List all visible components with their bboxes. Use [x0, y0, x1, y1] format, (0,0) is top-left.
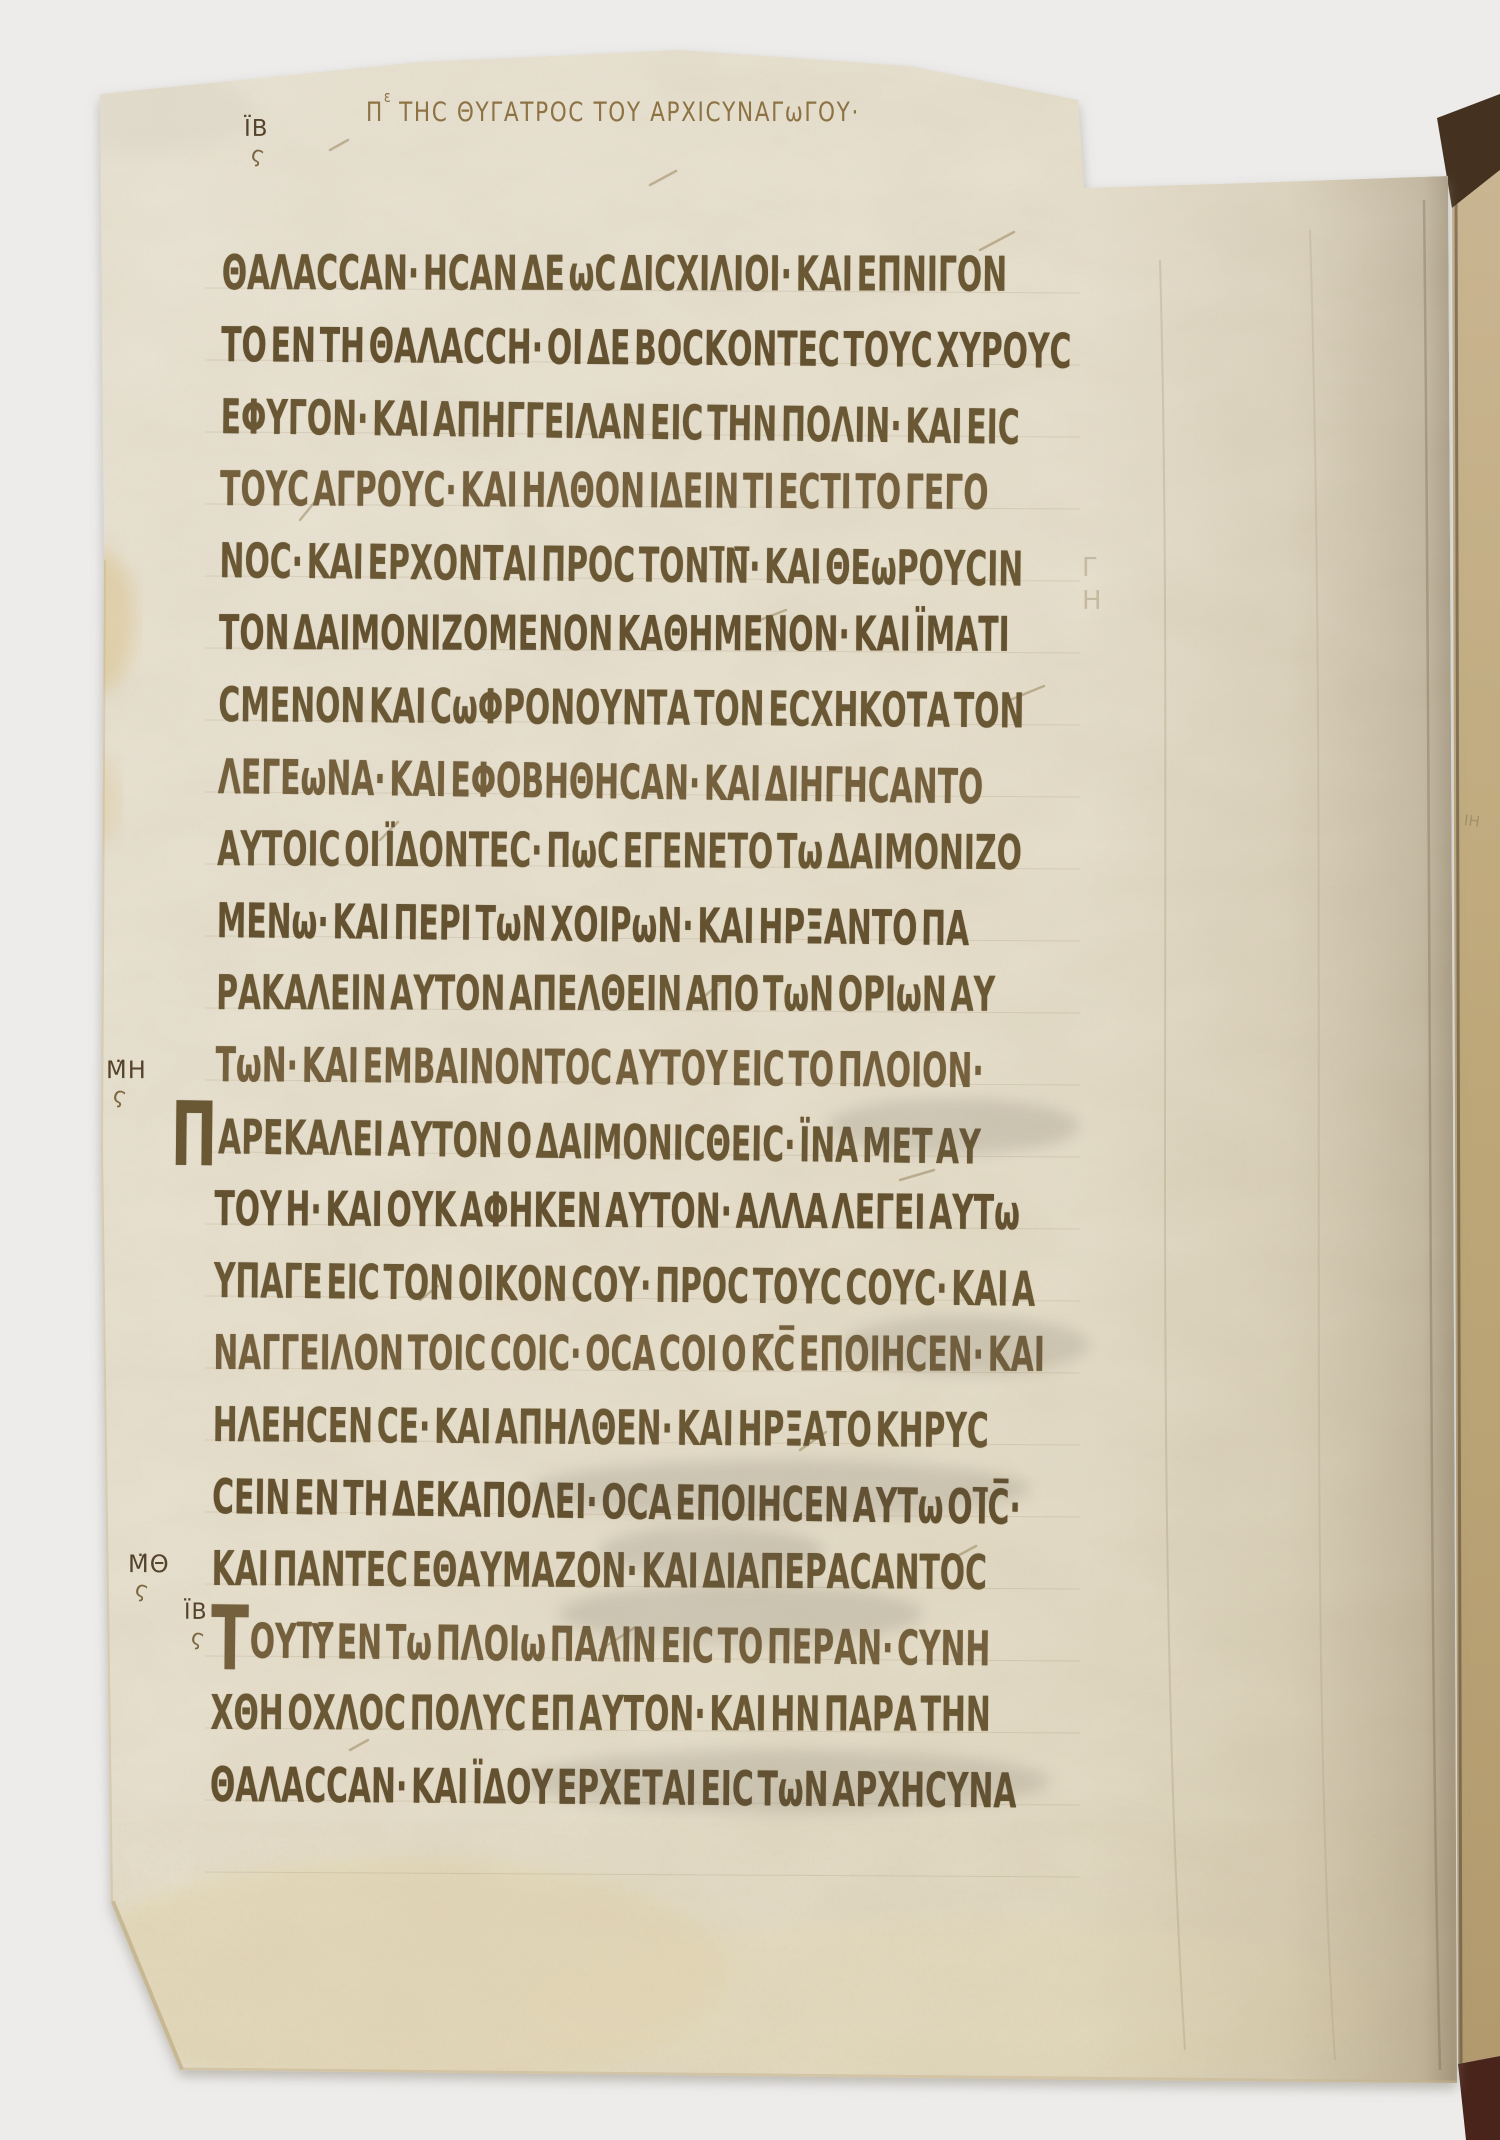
text-line: ΤΟ ΕΝ ΤΗ ΘΑΛΑCCΗ· ΟΙ ΔΕ ΒΟCΚΟΝΤΕC ΤΟΥC Χ… — [221, 317, 1072, 380]
text-line: ΝΟC· ΚΑΙ ΕΡΧΟΝΤΑΙ ΠΡΟC ΤΟΝ Ι̅Ν̅· ΚΑΙ ΘΕω… — [219, 533, 1023, 598]
text-line: ΚΑΙ ΠΑΝΤΕC ΕΘΑΥΜΑΖΟΝ· ΚΑΙ ΔΙΑΠΕΡΑCΑΝΤΟC — [211, 1541, 987, 1601]
text-line: ΥΠΑΓΕ ΕΙC ΤΟΝ ΟΙΚΟΝ CΟΥ· ΠΡΟC ΤΟΥC CΟΥC·… — [214, 1253, 1036, 1318]
text-line: ΗΛΕΗCΕΝ CΕ· ΚΑΙ ΑΠΗΛΘΕΝ· ΚΑΙ ΗΡΞΑΤΟ ΚΗΡΥ… — [213, 1397, 989, 1459]
text-line: ΛΕΓΕωΝΑ· ΚΑΙ ΕΦΟΒΗΘΗCΑΝ· ΚΑΙ ΔΙΗΓΗCΑΝΤΟ — [218, 749, 984, 815]
running-title: Πε ΤΗC ΘΥΓΑΤΡΟC ΤΟΥ ΑΡΧΙCΥΝΑΓωΓΟΥ· — [366, 96, 860, 128]
gutter-shadow — [1078, 100, 1457, 2083]
text-line: ΘΑΛΑCCΑΝ· ΚΑΙ ΪΔΟΥ ΕΡΧΕΤΑΙ ΕΙC ΤωΝ ΑΡΧΗC… — [210, 1757, 1017, 1819]
large-initial: Τ — [211, 1587, 249, 1690]
text-line: CΕΙΝ ΕΝ ΤΗ ΔΕΚΑΠΟΛΕΙ· ΟCΑ ΕΠΟΙΗCΕΝ ΑΥΤω … — [212, 1469, 1021, 1536]
text-line: ΝΑΓΓΕΙΛΟΝ ΤΟΙC CΟΙC· ΟCΑ CΟΙ Ο Κ̅C̅ ΕΠΟΙ… — [213, 1325, 1045, 1383]
faded-edge-mark: ΙΗ — [1463, 811, 1481, 832]
text-line: ΕΦΥΓΟΝ· ΚΑΙ ΑΠΗΓΓΕΙΛΑΝ ΕΙC ΤΗΝ ΠΟΛΙΝ· ΚΑ… — [220, 389, 1019, 456]
margin-note-chapter-12: ΪΒ ς — [184, 1602, 208, 1650]
text-line: ΤΟΥ Ι̅Υ̅ ΕΝ Τω ΠΛΟΙω ΠΑΛΙΝ ΕΙC ΤΟ ΠΕΡΑΝ·… — [211, 1613, 991, 1677]
quire-mark: ΪΒ ς — [244, 118, 269, 167]
faded-margin-mark: Γ Η — [1082, 552, 1102, 617]
text-line: ΤΟΝ ΔΑΙΜΟΝΙΖΟΜΕΝΟΝ ΚΑΘΗΜΕΝΟΝ· ΚΑΙ ΪΜΑΤΙ — [219, 605, 1010, 663]
text-line: ΤωΝ· ΚΑΙ ΕΜΒΑΙΝΟΝΤΟC ΑΥΤΟΥ ΕΙC ΤΟ ΠΛΟΙΟΝ… — [215, 1037, 984, 1099]
text-line: ΡΑΚΑΛΕΙΝ ΑΥΤΟΝ ΑΠΕΛΘΕΙΝ ΑΠΟ ΤωΝ ΟΡΙωΝ ΑΥ — [216, 965, 995, 1023]
running-title-abbrev: Πε — [366, 97, 391, 128]
text-line: ΤΟΥ Η· ΚΑΙ ΟΥΚ ΑΦΗΚΕΝ ΑΥΤΟΝ· ΑΛΛΑ ΛΕΓΕΙ … — [214, 1181, 1020, 1241]
text-line: CΜΕΝΟΝ ΚΑΙ CωΦΡΟΝΟΥΝΤΑ ΤΟΝ ΕCΧΗΚΟΤΑ ΤΟΝ — [218, 677, 1024, 739]
text-line: ΠΑΡΕΚΑΛΕΙ ΑΥΤΟΝ Ο ΔΑΙΜΟΝΙCΘΕΙC· ΪΝΑ ΜΕΤ … — [171, 1109, 981, 1176]
quire-mark-flourish: ς — [248, 143, 268, 168]
large-initial: Π — [171, 1082, 218, 1186]
text-line: ΘΑΛΑCCΑΝ· ΗCΑΝ ΔΕ ωC ΔΙCΧΙΛΙΟΙ· ΚΑΙ ΕΠΝΙ… — [222, 245, 1008, 303]
text-line: ΧΘΗ ΟΧΛΟC ΠΟΛΥC ΕΠ ΑΥΤΟΝ· ΚΑΙ ΗΝ ΠΑΡΑ ΤΗ… — [210, 1685, 991, 1743]
margin-note-section-49: Μ̈Θ ς — [128, 1552, 170, 1602]
text-line: ΤΟΥC ΑΓΡΟΥC· ΚΑΙ ΗΛΘΟΝ ΙΔΕΙΝ ΤΙ ΕCΤΙ ΤΟ … — [220, 461, 989, 521]
running-title-text: ΤΗC ΘΥΓΑΤΡΟC ΤΟΥ ΑΡΧΙCΥΝΑΓωΓΟΥ· — [399, 97, 860, 128]
manuscript-photo: Πε ΤΗC ΘΥΓΑΤΡΟC ΤΟΥ ΑΡΧΙCΥΝΑΓωΓΟΥ· ΪΒ ς … — [0, 0, 1500, 2140]
margin-note-section-48: Μ̈Η ς — [106, 1058, 147, 1108]
edge-stain — [59, 548, 135, 692]
text-line: ΜΕΝω· ΚΑΙ ΠΕΡΙ ΤωΝ ΧΟΙΡωΝ· ΚΑΙ ΗΡΞΑΝΤΟ Π… — [216, 893, 969, 957]
quire-mark-label: ΪΒ — [244, 118, 269, 141]
text-line: ΑΥΤΟΙC ΟΙ ΪΔΟΝΤΕC· ΠωC ΕΓΕΝΕΤΟ Τω ΔΑΙΜΟΝ… — [217, 821, 1022, 881]
